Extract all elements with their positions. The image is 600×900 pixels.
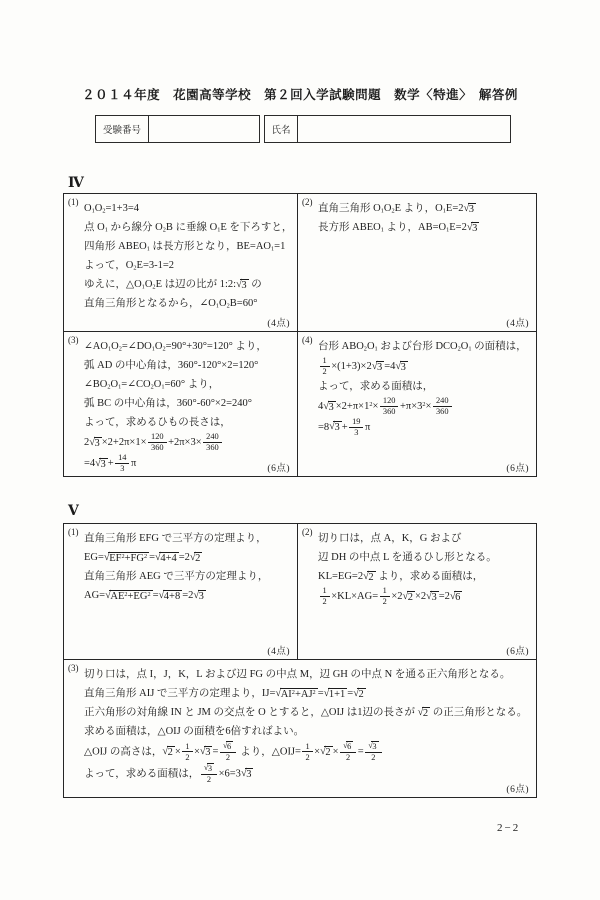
exam-number-box: 受験番号 [95, 115, 260, 143]
points-label: (4点) [506, 315, 529, 329]
problem-number: (3) [68, 663, 79, 673]
answer-line: 4√3×2+π×12×120360+π×32×240360 [318, 396, 531, 417]
answer-line: KL=EG=2√2 より，求める面積は， [318, 567, 531, 586]
answer-line: 辺 DH の中点 L を通るひし形となる。 [318, 548, 531, 567]
name-label: 氏名 [265, 116, 298, 142]
answer-line: 切り口は，点 I，J，K，L および辺 FG の中点 M，辺 GH の中点 N … [84, 665, 531, 684]
answer-line: 直角三角形 AEG で三平方の定理より， [84, 567, 292, 586]
problem-number: (1) [68, 197, 79, 207]
answer-line: AG=√AE2+EG2=√4+8=2√3 [84, 586, 292, 605]
answer-line: ∠BO2O1=∠CO2O1=60° より， [84, 375, 292, 394]
answer-line: 12×(1+3)×2√3=4√3 [318, 356, 531, 377]
answer-lines: 直角三角形 O1O2E より，O1E=2√3長方形 ABEO1 より，AB=O1… [318, 199, 531, 237]
section-label-v: Ⅴ [68, 503, 78, 520]
page-number: 2−2 [497, 822, 520, 834]
exam-answer-sheet: ２０１４年度 花園高等学校 第２回入学試験問題 数学〈特進〉 解答例 受験番号 … [0, 0, 600, 900]
candidate-info-table: 受験番号 氏名 [95, 115, 515, 143]
exam-number-label: 受験番号 [96, 116, 149, 142]
answer-cell-iv-1: (1) O1O2=1+3=4点 O1 から線分 O2B に垂線 O1E を下ろす… [64, 194, 297, 331]
points-label: (6点) [506, 460, 529, 474]
answer-line: 弧 AD の中心角は，360°-120°×2=120° [84, 356, 292, 375]
answer-cell-iv-4: (4) 台形 ABO2O1 および台形 DCO2O1 の面積は，12×(1+3)… [297, 331, 536, 476]
points-label: (6点) [506, 781, 529, 795]
answer-lines: O1O2=1+3=4点 O1 から線分 O2B に垂線 O1E を下ろすと，四角… [84, 199, 292, 313]
answer-line: 点 O1 から線分 O2B に垂線 O1E を下ろすと， [84, 218, 292, 237]
section-label-iv: Ⅳ [68, 175, 83, 192]
answer-cell-iv-3: (3) ∠AO1O2=∠DO1O2=90°+30°=120° より，弧 AD の… [64, 331, 297, 476]
answer-line: 直角三角形 EFG で三平方の定理より， [84, 529, 292, 548]
answer-line: O1O2=1+3=4 [84, 199, 292, 218]
name-box: 氏名 [264, 115, 511, 143]
answer-line: 正六角形の対角線 IN と JM の交点を O とすると，△OIJ は1辺の長さ… [84, 703, 531, 722]
answer-line: =4√3+143π [84, 453, 292, 474]
answer-cell-v-1: (1) 直角三角形 EFG で三平方の定理より，EG=√EF2+FG2=√4+4… [64, 524, 297, 659]
problem-number: (1) [68, 527, 79, 537]
points-label: (4点) [267, 643, 290, 657]
exam-number-field[interactable] [149, 116, 259, 142]
answer-cell-v-2: (2) 切り口は，点 A，K，G および辺 DH の中点 L を通るひし形となる… [297, 524, 536, 659]
problem-number: (3) [68, 335, 79, 345]
points-label: (4点) [267, 315, 290, 329]
answer-line: 直角三角形 O1O2E より，O1E=2√3 [318, 199, 531, 218]
answer-line: 直角三角形となるから，∠O1O2B=60° [84, 294, 292, 313]
answer-line: ∠AO1O2=∠DO1O2=90°+30°=120° より， [84, 337, 292, 356]
answer-cell-v-3: (3) 切り口は，点 I，J，K，L および辺 FG の中点 M，辺 GH の中… [64, 659, 536, 797]
answer-line: 台形 ABO2O1 および台形 DCO2O1 の面積は， [318, 337, 531, 356]
answer-line: 直角三角形 AIJ で三平方の定理より，IJ=√AI2+AJ2=√1+1=√2 [84, 684, 531, 703]
section-v-answer-grid: (1) 直角三角形 EFG で三平方の定理より，EG=√EF2+FG2=√4+4… [63, 523, 537, 798]
answer-cell-iv-2: (2) 直角三角形 O1O2E より，O1E=2√3長方形 ABEO1 より，A… [297, 194, 536, 331]
answer-lines: 切り口は，点 I，J，K，L および辺 FG の中点 M，辺 GH の中点 N … [84, 665, 531, 785]
name-field[interactable] [298, 116, 510, 142]
answer-line: よって，O2E=3-1=2 [84, 256, 292, 275]
answer-lines: 直角三角形 EFG で三平方の定理より，EG=√EF2+FG2=√4+4=2√2… [84, 529, 292, 605]
answer-line: よって，求める面積は， [318, 377, 531, 396]
answer-line: 弧 BC の中心角は，360°-60°×2=240° [84, 394, 292, 413]
answer-line: EG=√EF2+FG2=√4+4=2√2 [84, 548, 292, 567]
answer-line: 切り口は，点 A，K，G および [318, 529, 531, 548]
points-label: (6点) [267, 460, 290, 474]
page-title: ２０１４年度 花園高等学校 第２回入学試験問題 数学〈特進〉 解答例 [0, 85, 600, 103]
problem-number: (4) [302, 335, 313, 345]
answer-line: ゆえに，△O1O2E は辺の比が 1:2:√3 の [84, 275, 292, 294]
answer-line: 四角形 ABEO1 は長方形となり，BE=AO1=1 [84, 237, 292, 256]
answer-line: 2√3×2+2π×1×120360+2π×3×240360 [84, 432, 292, 453]
answer-line: △OIJ の高さは，√2×12×√3=√62 より，△OIJ=12×√2×√62… [84, 741, 531, 763]
section-iv-answer-grid: (1) O1O2=1+3=4点 O1 から線分 O2B に垂線 O1E を下ろす… [63, 193, 537, 477]
answer-line: よって，求めるひもの長さは， [84, 413, 292, 432]
problem-number: (2) [302, 527, 313, 537]
problem-number: (2) [302, 197, 313, 207]
answer-line: =8√3+193π [318, 417, 531, 438]
answer-lines: ∠AO1O2=∠DO1O2=90°+30°=120° より，弧 AD の中心角は… [84, 337, 292, 474]
answer-lines: 台形 ABO2O1 および台形 DCO2O1 の面積は，12×(1+3)×2√3… [318, 337, 531, 437]
answer-line: 12×KL×AG=12×2√2×2√3=2√6 [318, 586, 531, 607]
answer-line: 長方形 ABEO1 より，AB=O1E=2√3 [318, 218, 531, 237]
answer-line: 求める面積は，△OIJ の面積を6倍すればよい。 [84, 722, 531, 741]
answer-line: よって，求める面積は，√32×6=3√3 [84, 763, 531, 785]
points-label: (6点) [506, 643, 529, 657]
answer-lines: 切り口は，点 A，K，G および辺 DH の中点 L を通るひし形となる。KL=… [318, 529, 531, 607]
